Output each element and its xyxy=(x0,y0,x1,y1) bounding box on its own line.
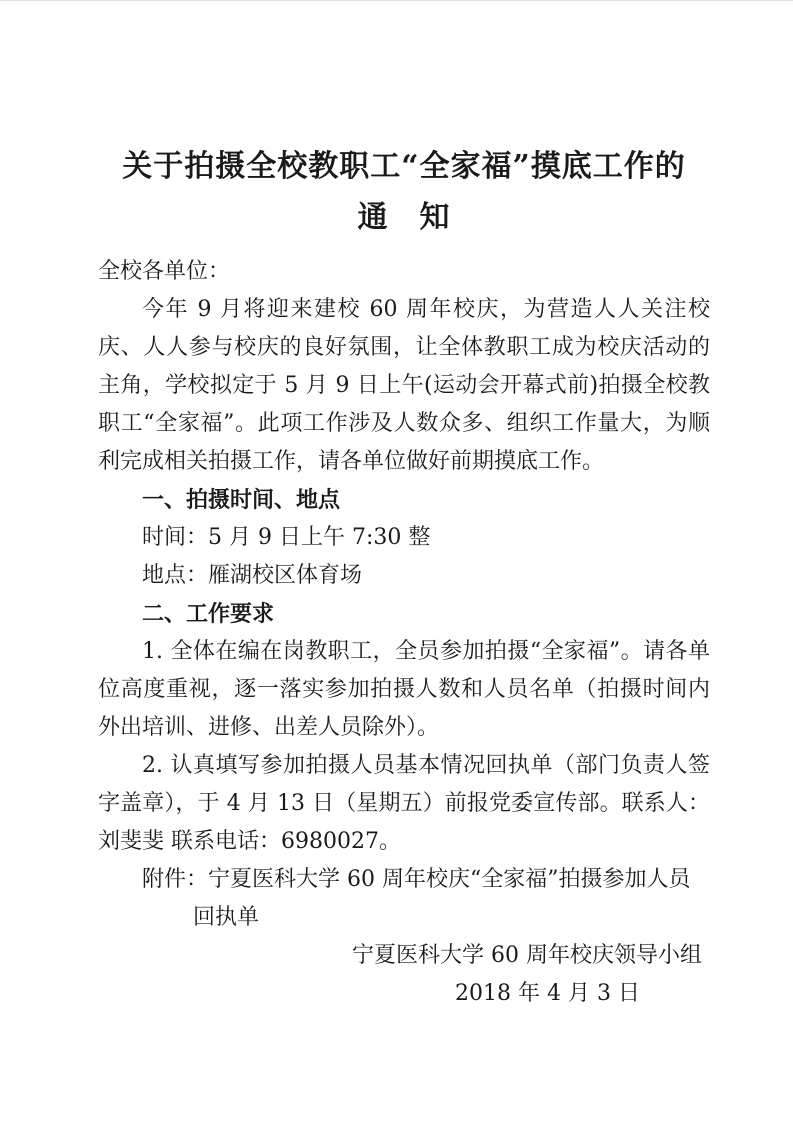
salutation: 全校各单位： xyxy=(98,253,710,291)
work-item-1: 1. 全体在编在岗教职工，全员参加拍摄“全家福”。请各单位高度重视，逐一落实参加… xyxy=(98,633,710,747)
attachment-note-line1: 附件：宁夏医科大学 60 周年校庆“全家福”拍摄参加人员 xyxy=(98,861,710,899)
intro-paragraph: 今年 9 月将迎来建校 60 周年校庆，为营造人人关注校庆、人人参与校庆的良好氛… xyxy=(98,291,710,481)
signature-org: 宁夏医科大学 60 周年校庆领导小组 xyxy=(98,937,710,975)
signature-date: 2018 年 4 月 3 日 xyxy=(98,975,710,1013)
attachment-note-line2: 回执单 xyxy=(98,899,710,937)
section-2-heading: 二、工作要求 xyxy=(98,595,710,633)
photo-place-line: 地点：雁湖校区体育场 xyxy=(98,557,710,595)
document-title: 关于拍摄全校教职工“全家福”摸底工作的 通 知 xyxy=(98,141,710,243)
document-title-line2: 通 知 xyxy=(98,192,710,243)
document-title-line1: 关于拍摄全校教职工“全家福”摸底工作的 xyxy=(98,141,710,192)
work-item-2: 2. 认真填写参加拍摄人员基本情况回执单（部门负责人签字盖章），于 4 月 13… xyxy=(98,747,710,861)
document-content: 关于拍摄全校教职工“全家福”摸底工作的 通 知 全校各单位： 今年 9 月将迎来… xyxy=(98,141,710,1013)
section-1-heading: 一、拍摄时间、地点 xyxy=(98,481,710,519)
notice-document-page: 关于拍摄全校教职工“全家福”摸底工作的 通 知 全校各单位： 今年 9 月将迎来… xyxy=(0,0,793,1123)
photo-time-line: 时间：5 月 9 日上午 7:30 整 xyxy=(98,519,710,557)
